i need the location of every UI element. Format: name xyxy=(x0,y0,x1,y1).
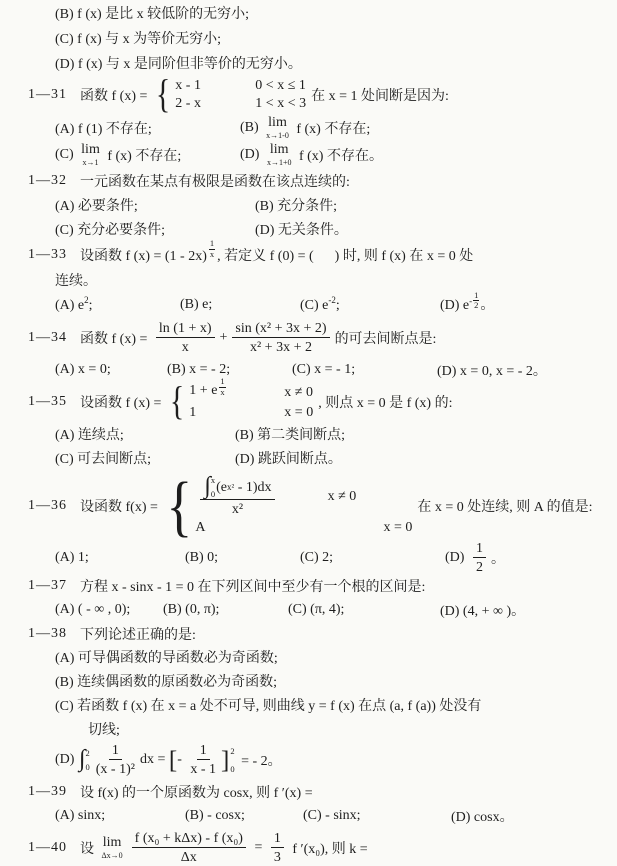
option-d-exponent: -12 xyxy=(469,291,480,312)
expr-base: 1 xyxy=(189,405,196,421)
stem-post: f ′(x₀), 则 k = xyxy=(289,838,368,858)
stem-pre: 设函数 f(x) = xyxy=(80,496,161,516)
option-d-punct: 。 xyxy=(480,298,494,313)
fraction: 1x - 1 xyxy=(190,742,216,779)
exponent-fraction: 1x xyxy=(219,377,225,398)
difference-quotient-fraction: f (x₀ + kΔx) - f (x₀)Δx xyxy=(132,830,246,866)
piecewise-cond: x ≠ 0 xyxy=(284,385,313,401)
bracket-lower-limit: 0 xyxy=(230,765,234,774)
lim-subscript: x→1-0 xyxy=(266,132,289,140)
q35-options-cd: (C) 可去间断点; (D) 跳跃间断点。 xyxy=(0,446,617,470)
q38-option-b-row: (B) 连续偶函数的原函数必为奇函数; xyxy=(0,669,617,693)
lim-text: lim xyxy=(270,143,289,157)
exponent-fraction: 1x xyxy=(209,239,215,260)
textbook-exercise-page: (B) f (x) 是比 x 较低阶的无穷小; (C) f (x) 与 x 为等… xyxy=(0,0,617,866)
option-c-exponent: -2 xyxy=(328,295,336,305)
q38-option-d-row: (D) ∫20 1(x - 1)² dx = [ - 1x - 1 ] 20 =… xyxy=(0,740,617,780)
piecewise-cond: x = 0 xyxy=(383,520,412,536)
bracket-upper-limit: 2 xyxy=(230,747,234,756)
q38-option-a-row: (A) 可导偶函数的导函数必为奇函数; xyxy=(0,645,617,669)
option-d-text: (D) x = 0, x = - 2。 xyxy=(437,360,547,380)
question-1-37-stem: 1—37 方程 x - sinx - 1 = 0 在下列区间中至少有一个根的区间… xyxy=(0,574,617,597)
q31-options-ab: (A) f (1) 不存在; (B) limx→1-0 f (x) 不存在; xyxy=(0,115,617,141)
plus-sign: + xyxy=(220,330,228,346)
exponent-fraction: 12 xyxy=(473,291,479,312)
question-number: 1—37 xyxy=(28,578,67,594)
stem-text: 下列论述正确的是: xyxy=(80,624,196,644)
denominator: x² + 3x + 2 xyxy=(250,338,312,357)
piecewise-cond: x = 0 xyxy=(284,405,313,421)
option-d-text: (D) (4, + ∞ )。 xyxy=(440,600,525,620)
fraction: ∫x0 (ex² - 1)dx x² xyxy=(200,476,274,519)
q32-options-cd: (C) 充分必要条件; (D) 无关条件。 xyxy=(0,217,617,241)
option-b-text: (B) (0, π); xyxy=(163,602,288,618)
option-c: (C) limx→1 f (x) 不存在; xyxy=(55,143,240,167)
question-1-33-stem: 1—33 设函数 f (x) = (1 - 2x) 1x , 若定义 f (0)… xyxy=(0,241,617,269)
question-number: 1—39 xyxy=(28,784,67,800)
piecewise-function: { x - 10 < x ≤ 1 2 - x1 < x < 3 xyxy=(156,78,306,112)
q35-options-ab: (A) 连续点; (B) 第二类间断点; xyxy=(0,422,617,446)
option-d-pre: (D) xyxy=(240,147,263,163)
question-number: 1—34 xyxy=(28,330,67,346)
option-b-text: (B) 连续偶函数的原函数必为奇函数; xyxy=(55,671,277,691)
option-d: (D) 12。 xyxy=(445,540,505,577)
option-a-text: (A) 1; xyxy=(55,550,185,566)
piecewise-expr: 1 + e1x xyxy=(189,383,284,404)
option-b-text: (B) x = - 2; xyxy=(167,362,292,378)
equals-sign: = xyxy=(251,840,266,856)
piecewise-expr: 2 - x xyxy=(175,96,255,112)
lim-subscript: x→1+0 xyxy=(267,159,292,167)
numerator: ln (1 + x) xyxy=(156,320,215,339)
denominator: Δx xyxy=(181,848,197,866)
lim-subscript: x→1 xyxy=(83,159,99,167)
limit-operator: limx→1 xyxy=(81,143,100,167)
integral-upper-limit: x xyxy=(211,476,215,485)
stem-pre: 设函数 f (x) = xyxy=(80,392,165,412)
stem-post: 的可去间断点是: xyxy=(335,328,437,348)
limit-operator: limx→1-0 xyxy=(266,116,289,140)
integrand-exponent: x² xyxy=(227,483,234,492)
piecewise-cond: x ≠ 0 xyxy=(328,489,357,505)
numerator: 1 xyxy=(197,742,210,761)
lim-subscript: Δx→0 xyxy=(102,852,123,860)
question-number: 1—32 xyxy=(28,173,67,189)
option-b-text: (B) 充分条件; xyxy=(255,195,337,215)
option-a-text: (A) x = 0; xyxy=(55,362,167,378)
question-number: 1—33 xyxy=(28,247,67,263)
piecewise-row: ∫x0 (ex² - 1)dx x² x ≠ 0 xyxy=(195,476,412,519)
piecewise-row: 2 - x1 < x < 3 xyxy=(175,96,306,112)
exponent-minus: - xyxy=(469,296,472,306)
q39-options: (A) sinx; (B) - cosx; (C) - sinx; (D) co… xyxy=(0,804,617,828)
option-d-text: (D) 无关条件。 xyxy=(255,219,348,239)
question-1-36-stem: 1—36 设函数 f(x) = { ∫x0 (ex² - 1)dx x² x ≠… xyxy=(0,470,617,542)
option-b-text: (B) 0; xyxy=(185,550,300,566)
stem-text: 设 f(x) 的一个原函数为 cosx, 则 f ′(x) = xyxy=(80,782,313,802)
fraction: sin (x² + 3x + 2)x² + 3x + 2 xyxy=(232,320,329,357)
integral: ∫20 xyxy=(79,749,90,772)
option-b-text: (B) e; xyxy=(180,297,300,313)
option-d-punct: 。 xyxy=(491,548,505,568)
piecewise-brace: { xyxy=(166,472,192,540)
piecewise-expr: x - 1 xyxy=(175,78,255,94)
stem-post: 在 x = 1 处间断是因为: xyxy=(311,85,449,105)
fraction: ln (1 + x)x xyxy=(156,320,215,357)
stem-continuation: 连续。 xyxy=(55,270,97,290)
integrand-pre: (e xyxy=(216,479,227,497)
piecewise-expr: A xyxy=(195,520,205,536)
option-b-text: (B) 第二类间断点; xyxy=(235,424,345,444)
option-b-text: (B) f (x) 是比 x 较低阶的无穷小; xyxy=(55,3,249,23)
option-c-text: (C) 2; xyxy=(300,550,445,566)
option-b-post: f (x) 不存在; xyxy=(293,118,370,138)
integral-sign: ∫ xyxy=(204,476,211,498)
question-number: 1—36 xyxy=(28,498,67,514)
option-c-text: (C) - sinx; xyxy=(303,808,451,824)
numerator: sin (x² + 3x + 2) xyxy=(232,320,329,339)
result-text: = - 2。 xyxy=(238,750,282,770)
question-1-39-stem: 1—39 设 f(x) 的一个原函数为 cosx, 则 f ′(x) = xyxy=(0,780,617,804)
denominator: (x - 1)² xyxy=(96,760,135,779)
option-b-text: (B) - cosx; xyxy=(185,808,303,824)
q34-options: (A) x = 0; (B) x = - 2; (C) x = - 1; (D)… xyxy=(0,357,617,382)
option-a-punct: ; xyxy=(89,298,93,313)
left-bracket: [ xyxy=(169,748,177,773)
option-d-label: (D) xyxy=(55,752,78,768)
option-c-punct: ; xyxy=(336,298,340,313)
question-1-34-stem: 1—34 函数 f (x) = ln (1 + x)x + sin (x² + … xyxy=(0,319,617,357)
denominator: 2 xyxy=(476,558,483,577)
exponent-denominator: 2 xyxy=(474,301,478,311)
option-c-text: (C) 可去间断点; xyxy=(55,448,235,468)
piecewise-row: 1x = 0 xyxy=(189,405,313,421)
numerator: ∫x0 (ex² - 1)dx xyxy=(200,476,274,500)
option-a-text: (A) f (1) 不存在; xyxy=(55,118,240,138)
exponent-denominator: x xyxy=(220,388,224,398)
stem-post: 在 x = 0 处连续, 则 A 的值是: xyxy=(417,496,592,516)
option-c-base: (C) e xyxy=(300,298,328,313)
right-bracket: ] xyxy=(221,748,229,773)
lim-text: lim xyxy=(268,116,287,130)
denominator: x² xyxy=(232,500,243,519)
limit-operator: limx→1+0 xyxy=(267,143,292,167)
option-c-text: (C) x = - 1; xyxy=(292,362,437,378)
numerator: 1 xyxy=(109,742,122,761)
option-a-text: (A) ( - ∞ , 0); xyxy=(55,602,163,618)
integral-upper-limit: 2 xyxy=(86,749,90,758)
question-1-38-stem: 1—38 下列论述正确的是: xyxy=(0,622,617,645)
option-c-post: f (x) 不存在; xyxy=(104,145,181,165)
stem-pre: 设函数 f (x) = (1 - 2x) xyxy=(80,245,207,265)
differential-equals: dx = xyxy=(140,752,169,768)
q33-stem-line2: 连续。 xyxy=(0,269,617,291)
q38-option-c-row: (C) 若函数 f (x) 在 x = a 处不可导, 则曲线 y = f (x… xyxy=(0,693,617,717)
option-a-text: (A) sinx; xyxy=(55,808,185,824)
numerator: 1 xyxy=(473,540,486,559)
stem-pre: 函数 f (x) = xyxy=(80,328,151,348)
question-number: 1—31 xyxy=(28,87,67,103)
option-d-post: f (x) 不存在。 xyxy=(295,145,383,165)
q36-options: (A) 1; (B) 0; (C) 2; (D) 12。 xyxy=(0,542,617,574)
numerator: 1 xyxy=(271,830,284,849)
piecewise-function: { 1 + e1xx ≠ 0 1x = 0 xyxy=(170,383,313,422)
fraction: 12 xyxy=(473,540,486,577)
expr-base: 1 + e xyxy=(189,383,217,404)
lim-text: lim xyxy=(81,143,100,157)
option-c-text-line2: 切线; xyxy=(88,719,120,739)
question-1-35-stem: 1—35 设函数 f (x) = { 1 + e1xx ≠ 0 1x = 0 ,… xyxy=(0,382,617,422)
piecewise-brace: { xyxy=(170,382,184,423)
option-d-base: (D) e xyxy=(440,298,469,313)
option-a-text: (A) 必要条件; xyxy=(55,195,255,215)
q30-option-c-row: (C) f (x) 与 x 为等价无穷小; xyxy=(0,25,617,50)
piecewise-function: { ∫x0 (ex² - 1)dx x² x ≠ 0 A x = 0 xyxy=(166,476,412,537)
option-a-text: (A) 可导偶函数的导函数必为奇函数; xyxy=(55,647,278,667)
inner-minus: - xyxy=(177,752,185,768)
lim-text: lim xyxy=(103,836,122,850)
option-c: (C) e-2; xyxy=(300,296,440,314)
exponent-denominator: x xyxy=(210,250,214,260)
integrand-post: - 1)dx xyxy=(234,479,271,497)
numerator: f (x₀ + kΔx) - f (x₀) xyxy=(132,830,246,849)
q38-option-c-row2: 切线; xyxy=(0,717,617,740)
option-d-text: (D) f (x) 与 x 是同阶但非等价的无穷小。 xyxy=(55,53,302,73)
stem-text: 一元函数在某点有极限是函数在该点连续的: xyxy=(80,171,350,191)
option-c-text: (C) f (x) 与 x 为等价无穷小; xyxy=(55,28,221,48)
option-c-pre: (C) xyxy=(55,147,77,163)
piecewise-row: 1 + e1xx ≠ 0 xyxy=(189,383,313,404)
option-d: (D) e-12。 xyxy=(440,294,494,316)
piecewise-brace: { xyxy=(156,75,170,116)
option-a-text: (A) 连续点; xyxy=(55,424,235,444)
denominator: 3 xyxy=(274,848,281,866)
option-c-text-line1: (C) 若函数 f (x) 在 x = a 处不可导, 则曲线 y = f (x… xyxy=(55,695,481,715)
piecewise-expr: 1 xyxy=(189,405,284,421)
q30-option-b-row: (B) f (x) 是比 x 较低阶的无穷小; xyxy=(0,0,617,25)
denominator: x - 1 xyxy=(190,760,216,779)
option-a-base: (A) e xyxy=(55,298,84,313)
limit-operator: limΔx→0 xyxy=(102,836,123,860)
question-1-32-stem: 1—32 一元函数在某点有极限是函数在该点连续的: xyxy=(0,169,617,193)
option-d-text: (D) 跳跃间断点。 xyxy=(235,448,342,468)
option-c-text: (C) (π, 4); xyxy=(288,602,440,618)
piecewise-row: x - 10 < x ≤ 1 xyxy=(175,78,306,94)
stem-text: 方程 x - sinx - 1 = 0 在下列区间中至少有一个根的区间是: xyxy=(80,576,425,596)
integral-lower-limit: 0 xyxy=(86,763,90,772)
stem-post: , 则点 x = 0 是 f (x) 的: xyxy=(318,392,452,412)
fraction: 1(x - 1)² xyxy=(96,742,135,779)
q33-options: (A) e2; (B) e; (C) e-2; (D) e-12。 xyxy=(0,291,617,319)
question-number: 1—38 xyxy=(28,626,67,642)
piecewise-cond: 1 < x < 3 xyxy=(255,96,306,112)
integral-sign: ∫ xyxy=(79,749,86,771)
stem-pre: 函数 f (x) = xyxy=(80,85,151,105)
option-a: (A) e2; xyxy=(55,296,180,314)
q31-options-cd: (C) limx→1 f (x) 不存在; (D) limx→1+0 f (x)… xyxy=(0,141,617,169)
stem-pre: 设 xyxy=(80,838,98,858)
question-1-31-stem: 1—31 函数 f (x) = { x - 10 < x ≤ 1 2 - x1 … xyxy=(0,75,617,115)
denominator: x xyxy=(182,338,189,357)
q32-options-ab: (A) 必要条件; (B) 充分条件; xyxy=(0,193,617,217)
option-d-label: (D) xyxy=(445,550,468,566)
piecewise-cond: 0 < x ≤ 1 xyxy=(255,78,306,94)
option-d-text: (D) cosx。 xyxy=(451,806,514,826)
integral: ∫x0 xyxy=(204,476,215,499)
fraction: 13 xyxy=(271,830,284,866)
piecewise-row: A x = 0 xyxy=(195,520,412,536)
q37-options: (A) ( - ∞ , 0); (B) (0, π); (C) (π, 4); … xyxy=(0,597,617,622)
question-number: 1—40 xyxy=(28,840,67,856)
integral-lower-limit: 0 xyxy=(211,490,215,499)
question-number: 1—35 xyxy=(28,394,67,410)
q30-option-d-row: (D) f (x) 与 x 是同阶但非等价的无穷小。 xyxy=(0,50,617,75)
option-b-pre: (B) xyxy=(240,120,262,136)
stem-post: , 若定义 f (0) = ( ) 时, 则 f (x) 在 x = 0 处 xyxy=(217,245,473,265)
question-1-40-stem: 1—40 设 limΔx→0 f (x₀ + kΔx) - f (x₀)Δx =… xyxy=(0,828,617,866)
option-c-text: (C) 充分必要条件; xyxy=(55,219,255,239)
